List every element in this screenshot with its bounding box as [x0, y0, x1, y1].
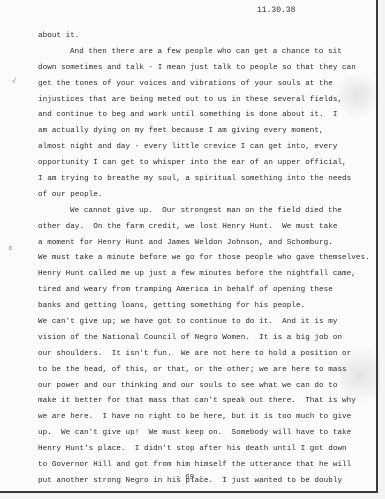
- text-line: to Governor Hill and got from him himsel…: [38, 458, 368, 474]
- text-line: of our people.: [38, 188, 368, 204]
- text-line: tired and weary from tramping America in…: [38, 283, 368, 299]
- text-line: injustices that are being meted out to u…: [38, 93, 368, 109]
- text-line: Henry Hunt's place. I didn't stop after …: [38, 442, 368, 458]
- text-line: We must take a minute before we go for t…: [38, 251, 368, 267]
- text-line: down sometimes and talk - I mean just ta…: [38, 61, 368, 77]
- text-line: almost night and day - every little crev…: [38, 140, 368, 156]
- page-number: - 69 -: [176, 474, 203, 482]
- text-line: And then there are a few people who can …: [38, 45, 368, 61]
- text-line: vision of the National Council of Negro …: [38, 331, 368, 347]
- text-line: am actually dying on my feet because I a…: [38, 124, 368, 140]
- body-text: about it.And then there are a few people…: [38, 29, 368, 490]
- text-line: about it.: [38, 29, 368, 45]
- text-line: opportunity I can get to whisper into th…: [38, 156, 368, 172]
- text-line: Henry Hunt called me up just a few minut…: [38, 267, 368, 283]
- text-line: other day. On the farm credit, we lost H…: [38, 220, 368, 236]
- text-line: We cannot give up. Our strongest man on …: [38, 204, 368, 220]
- margin-squiggle-mark: ɛ: [9, 245, 12, 252]
- text-line: We can't give up; we have got to continu…: [38, 315, 368, 331]
- text-line: I am trying to breathe my soul, a spirit…: [38, 172, 368, 188]
- text-line: our shoulders. It isn't fun. We are not …: [38, 347, 368, 363]
- text-line: get the tones of your voices and vibrati…: [38, 77, 368, 93]
- text-line: we are here. I have no right to be here,…: [38, 410, 368, 426]
- text-line: our power and our thinking and our souls…: [38, 379, 368, 395]
- text-line: make it better for that mass that can't …: [38, 394, 368, 410]
- text-line: to be the head, of this, or that, or the…: [38, 363, 368, 379]
- document-page: 11.30.38 √ . ɛ about it.And then there a…: [0, 0, 378, 493]
- document-date: 11.30.38: [257, 6, 295, 15]
- text-line: and continue to beg and work until somet…: [38, 108, 368, 124]
- text-line: up. We can't give up! We must keep on. S…: [38, 426, 368, 442]
- text-line: banks and getting loans, getting somethi…: [38, 299, 368, 315]
- margin-check-mark: √: [12, 78, 16, 85]
- text-line: a moment for Henry Hunt and James Weldon…: [38, 236, 368, 252]
